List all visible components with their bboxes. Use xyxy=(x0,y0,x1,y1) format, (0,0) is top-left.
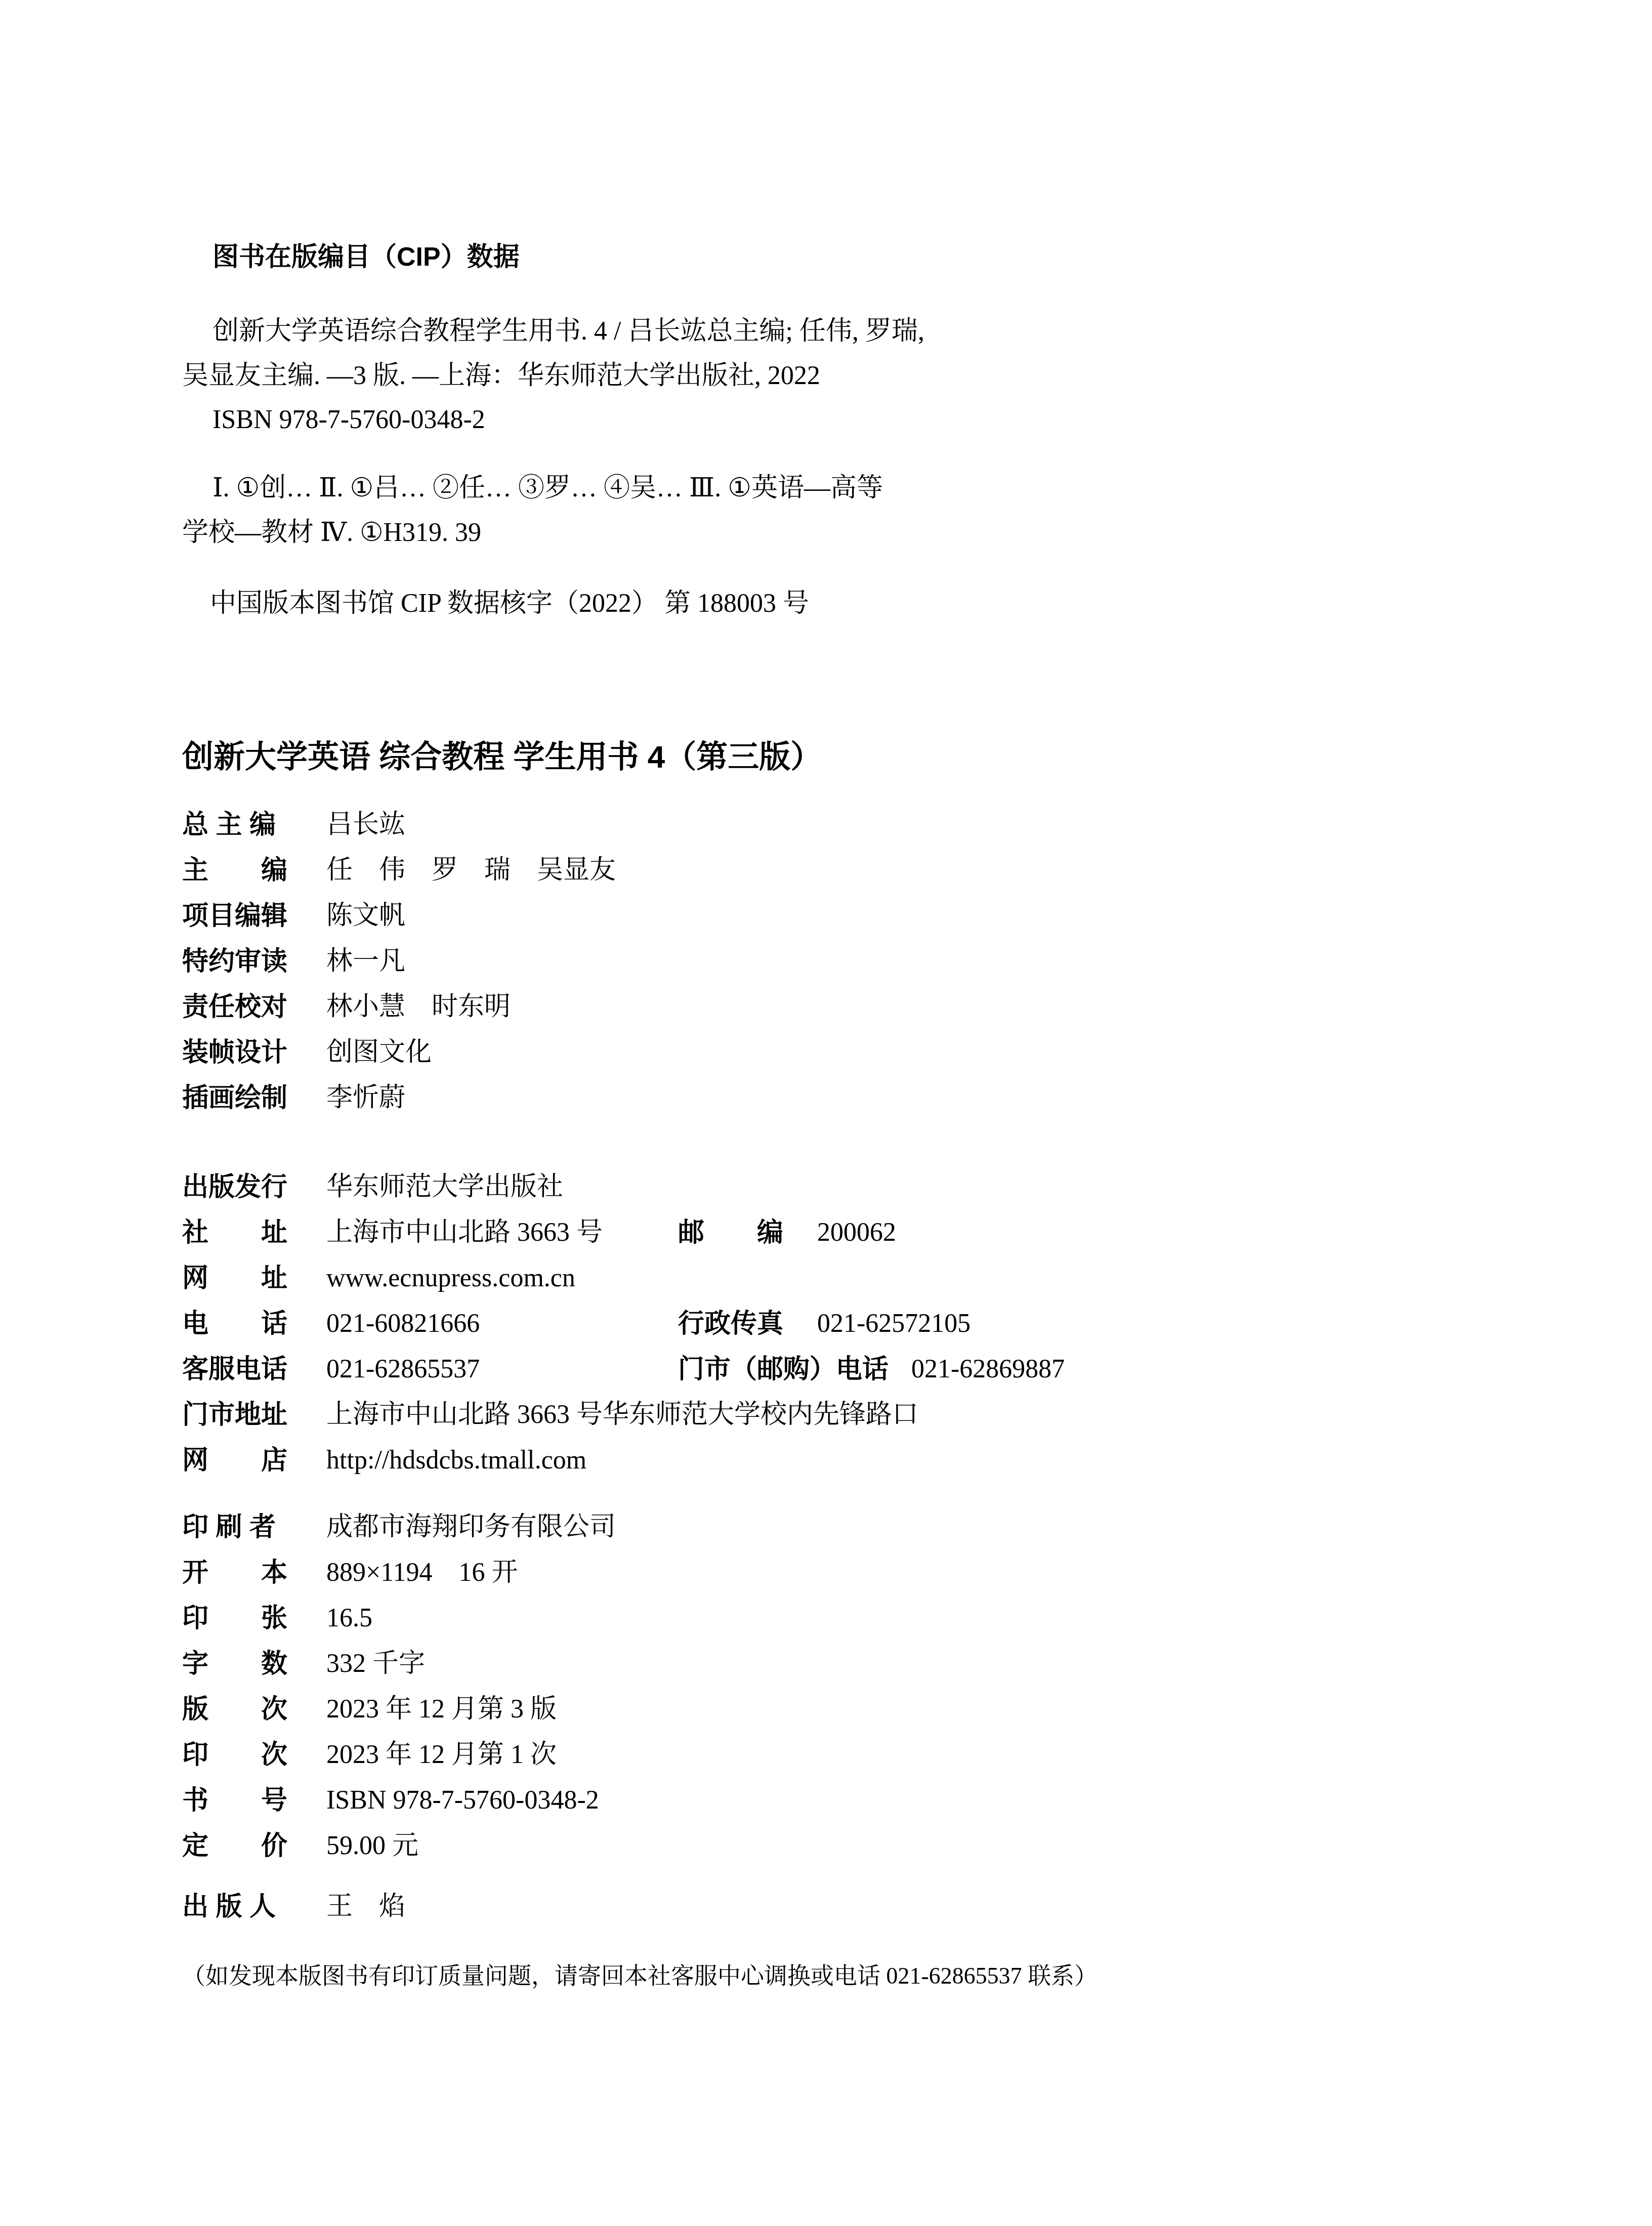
row-label: 网 店 xyxy=(182,1445,304,1476)
copyright-page: 图书在版编目（CIP）数据 创新大学英语综合教程学生用书. 4 / 吕长竑总主编… xyxy=(0,0,1652,2226)
staff-row: 总 主 编吕长竑 xyxy=(182,810,1548,840)
staff-row: 装帧设计创图文化 xyxy=(182,1037,1548,1068)
publisher-row: 客服电话021-62865537 门市（邮购）电话021-62869887 xyxy=(182,1354,1548,1384)
row-label: 定 价 xyxy=(182,1831,304,1861)
printing-row: 印 张16.5 xyxy=(182,1603,1548,1633)
row-label: 字 数 xyxy=(182,1649,304,1679)
row-value: 成都市海翔印务有限公司 xyxy=(326,1512,616,1542)
row-label: 主 编 xyxy=(182,855,304,886)
row-value: 李忻蔚 xyxy=(326,1083,405,1113)
row-value: 021-62572105 xyxy=(817,1309,970,1339)
cip-isbn-line: ISBN 978-7-5760-0348-2 xyxy=(213,405,485,435)
row-value: 林小慧 时东明 xyxy=(326,992,511,1022)
row-value: www.ecnupress.com.cn xyxy=(326,1263,575,1293)
staff-row: 特约审读林一凡 xyxy=(182,946,1548,977)
quality-notice: （如发现本版图书有印订质量问题，请寄回本社客服中心调换或电话 021-62865… xyxy=(182,1962,1097,1990)
staff-row: 责任校对林小慧 时东明 xyxy=(182,992,1548,1022)
row-label: 印 张 xyxy=(182,1603,304,1633)
row-label: 出 版 人 xyxy=(182,1892,304,1922)
row-label: 责任校对 xyxy=(182,992,304,1022)
row-label: 门市（邮购）电话 xyxy=(678,1354,888,1384)
row-label: 行政传真 xyxy=(678,1309,794,1339)
row-value: 上海市中山北路 3663 号 xyxy=(326,1217,603,1248)
row-label: 电 话 xyxy=(182,1309,304,1339)
row-value: 59.00 元 xyxy=(326,1831,418,1861)
row-value: http://hdsdcbs.tmall.com xyxy=(326,1445,586,1476)
printing-row: 印 次2023 年 12 月第 1 次 xyxy=(182,1740,1548,1770)
printing-row: 定 价59.00 元 xyxy=(182,1831,1548,1861)
row-second-column: 邮 编200062 xyxy=(678,1217,896,1248)
row-value: 889×1194 16 开 xyxy=(326,1558,518,1588)
publisher-row: 网 店http://hdsdcbs.tmall.com xyxy=(182,1445,1548,1476)
row-label: 版 次 xyxy=(182,1694,304,1725)
cip-record-line-2: 吴显友主编. —3 版. —上海：华东师范大学出版社, 2022 xyxy=(182,361,820,391)
row-label: 插画绘制 xyxy=(182,1083,304,1113)
book-title: 创新大学英语 综合教程 学生用书 4（第三版） xyxy=(182,740,822,775)
row-label: 客服电话 xyxy=(182,1354,304,1384)
row-label: 总 主 编 xyxy=(182,810,304,840)
cip-classification-line-1: Ⅰ. ①创… Ⅱ. ①吕… ②任… ③罗… ④吴… Ⅲ. ①英语—高等 xyxy=(213,473,883,503)
row-value: 林一凡 xyxy=(326,946,405,977)
row-value: 王 焰 xyxy=(326,1892,405,1922)
row-value: 332 千字 xyxy=(326,1649,425,1679)
row-label: 印 次 xyxy=(182,1740,304,1770)
row-label: 出版发行 xyxy=(182,1172,304,1202)
row-value: 200062 xyxy=(817,1217,896,1248)
row-value: 吕长竑 xyxy=(326,810,405,840)
row-value: 上海市中山北路 3663 号华东师范大学校内先锋路口 xyxy=(326,1400,918,1430)
row-value: 021-60821666 xyxy=(326,1309,480,1339)
row-label: 书 号 xyxy=(182,1785,304,1816)
row-label: 门市地址 xyxy=(182,1400,304,1430)
printing-row: 书 号ISBN 978-7-5760-0348-2 xyxy=(182,1785,1548,1816)
printing-row: 印 刷 者成都市海翔印务有限公司 xyxy=(182,1512,1548,1542)
row-label: 邮 编 xyxy=(678,1217,794,1248)
publisher-row: 社 址上海市中山北路 3663 号 邮 编200062 xyxy=(182,1217,1548,1248)
row-value: 任 伟 罗 瑞 吴显友 xyxy=(326,855,616,886)
row-second-column: 门市（邮购）电话021-62869887 xyxy=(678,1354,1065,1384)
row-label: 项目编辑 xyxy=(182,901,304,931)
publisher-row: 网 址www.ecnupress.com.cn xyxy=(182,1263,1548,1293)
cip-header: 图书在版编目（CIP）数据 xyxy=(213,242,520,272)
publisher-row: 门市地址上海市中山北路 3663 号华东师范大学校内先锋路口 xyxy=(182,1400,1548,1430)
row-second-column: 行政传真021-62572105 xyxy=(678,1309,970,1339)
row-value: 2023 年 12 月第 3 版 xyxy=(326,1694,557,1725)
printing-row: 开 本889×1194 16 开 xyxy=(182,1558,1548,1588)
row-label: 开 本 xyxy=(182,1558,304,1588)
publisher-row: 电 话021-60821666 行政传真021-62572105 xyxy=(182,1309,1548,1339)
row-value: 创图文化 xyxy=(326,1037,432,1068)
publisher-person-row: 出 版 人王 焰 xyxy=(182,1892,1548,1922)
publisher-row: 出版发行华东师范大学出版社 xyxy=(182,1172,1548,1202)
printing-row: 字 数332 千字 xyxy=(182,1649,1548,1679)
cip-record-line-1: 创新大学英语综合教程学生用书. 4 / 吕长竑总主编; 任伟, 罗瑞, xyxy=(213,316,924,347)
row-value: 2023 年 12 月第 1 次 xyxy=(326,1740,557,1770)
row-label: 印 刷 者 xyxy=(182,1512,304,1542)
row-value: 021-62865537 xyxy=(326,1354,480,1384)
printing-row: 版 次2023 年 12 月第 3 版 xyxy=(182,1694,1548,1725)
row-value: ISBN 978-7-5760-0348-2 xyxy=(326,1785,599,1816)
row-label: 特约审读 xyxy=(182,946,304,977)
row-value: 16.5 xyxy=(326,1603,372,1633)
row-value: 华东师范大学出版社 xyxy=(326,1172,563,1202)
cip-classification-line-2: 学校—教材 Ⅳ. ①H319. 39 xyxy=(182,518,481,548)
cip-registry-line: 中国版本图书馆 CIP 数据核字（2022） 第 188003 号 xyxy=(210,589,809,619)
row-label: 网 址 xyxy=(182,1263,304,1293)
staff-row: 插画绘制李忻蔚 xyxy=(182,1083,1548,1113)
row-label: 装帧设计 xyxy=(182,1037,304,1068)
row-value: 陈文帆 xyxy=(326,901,405,931)
staff-row: 项目编辑陈文帆 xyxy=(182,901,1548,931)
staff-row: 主 编任 伟 罗 瑞 吴显友 xyxy=(182,855,1548,886)
row-value: 021-62869887 xyxy=(911,1354,1065,1384)
row-label: 社 址 xyxy=(182,1217,304,1248)
